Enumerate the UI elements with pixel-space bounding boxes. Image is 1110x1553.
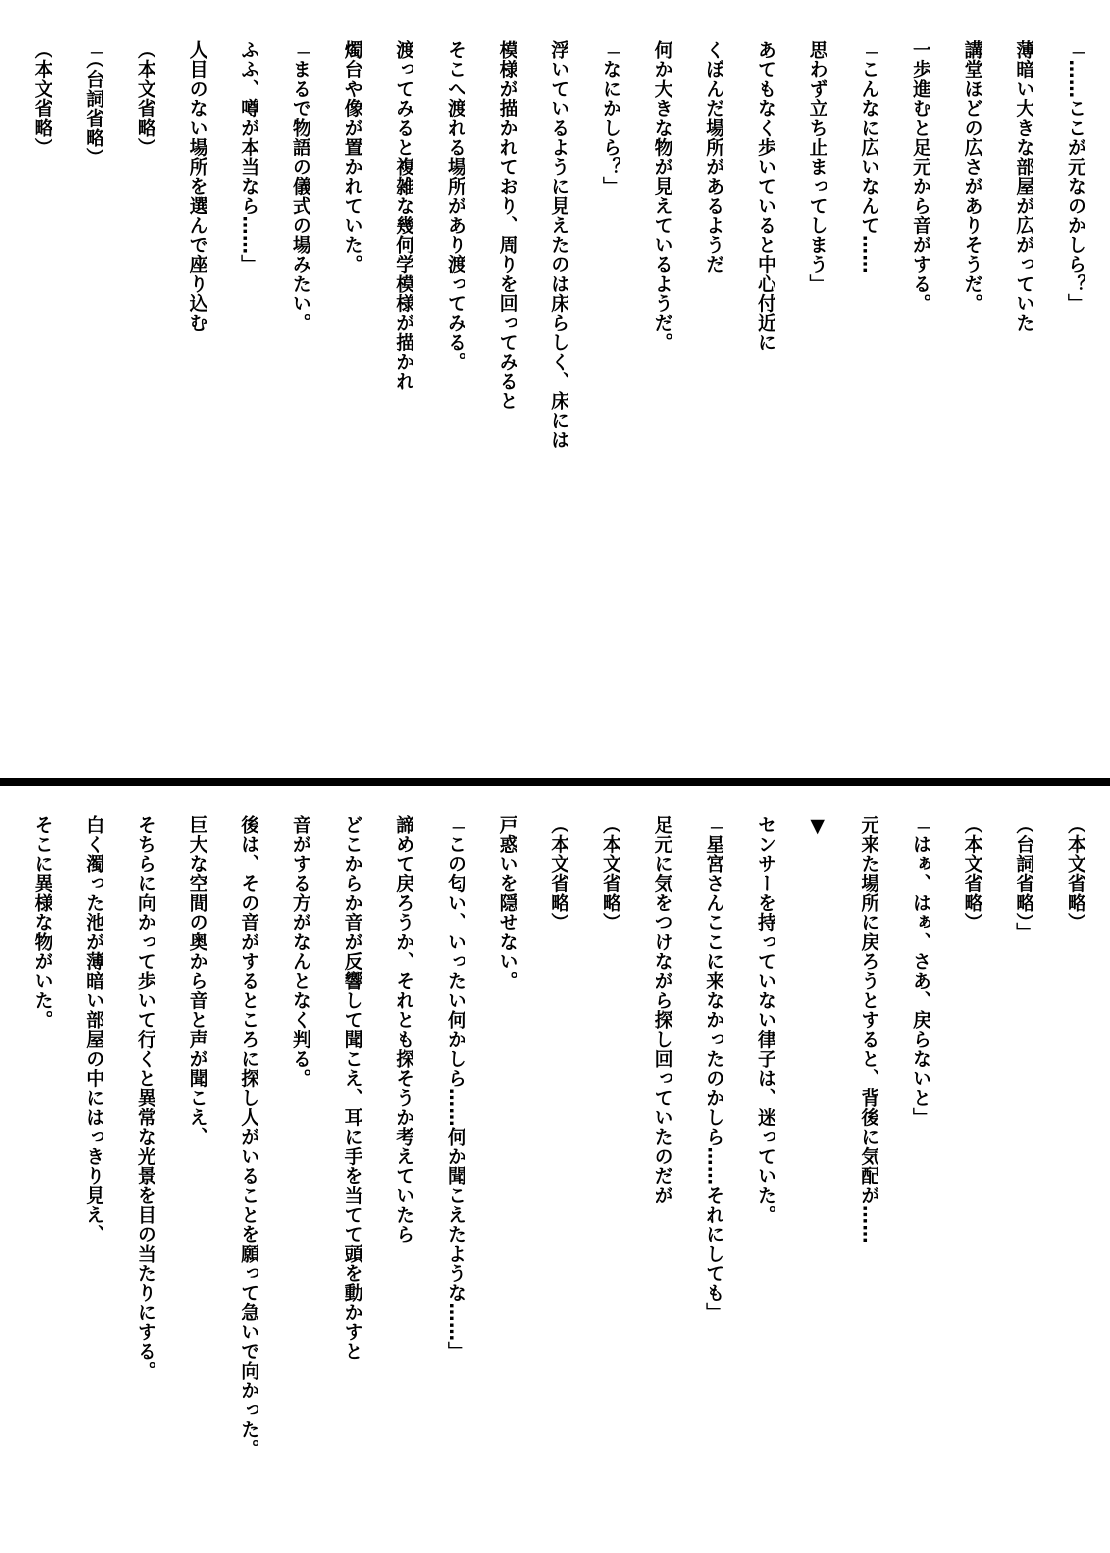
top-text-block: 「……ここが元なのかしら？」薄暗い大きな部屋が広がっていた講堂ほどの広さがありそ… bbox=[0, 40, 1110, 760]
text-column: 思わず立ち止まってしまう」 bbox=[775, 40, 827, 760]
text-column: 一歩進むと足元から音がする。 bbox=[878, 40, 930, 760]
text-column: 「こんなに広いなんて…… bbox=[827, 40, 879, 760]
text-column: 何か大きな物が見えているようだ。 bbox=[620, 40, 672, 760]
text-column: 「この匂い、いったい何かしら……何か聞こえたような……」 bbox=[413, 815, 465, 1535]
text-column: ▼ bbox=[775, 815, 827, 1535]
text-column: 渡ってみると複雑な幾何学模様が描かれ bbox=[362, 40, 414, 760]
text-column: そちらに向かって歩いて行くと異常な光景を目の当たりにする。 bbox=[103, 815, 155, 1535]
text-column: どこからか音が反響して聞こえ、耳に手を当てて頭を動かすと bbox=[310, 815, 362, 1535]
text-column: 音がする方がなんとなく判る。 bbox=[258, 815, 310, 1535]
text-column: 諦めて戻ろうか、それとも探そうか考えていたら bbox=[362, 815, 414, 1535]
text-column: 燭台や像が置かれていた。 bbox=[310, 40, 362, 760]
text-column: （本文省略） bbox=[568, 815, 620, 1535]
text-column: 白く濁った池が薄暗い部屋の中にはっきり見え、 bbox=[52, 815, 104, 1535]
text-column: 「……ここが元なのかしら？」 bbox=[1033, 40, 1085, 760]
text-column: 足元に気をつけながら探し回っていたのだが bbox=[620, 815, 672, 1535]
text-column: あてもなく歩いていると中心付近に bbox=[723, 40, 775, 760]
text-column: 戸惑いを隠せない。 bbox=[465, 815, 517, 1535]
text-column: 「はぁ、はぁ、さあ、戻らないと」 bbox=[878, 815, 930, 1535]
text-column: （本文省略） bbox=[103, 40, 155, 760]
text-column: 「星宮さんここに来なかったのかしら……それにしても」 bbox=[672, 815, 724, 1535]
section-divider bbox=[0, 778, 1110, 786]
text-column: そこに異様な物がいた。 bbox=[0, 815, 52, 1535]
text-column: センサーを持っていない律子は、迷っていた。 bbox=[723, 815, 775, 1535]
text-column: 「まるで物語の儀式の場みたい。 bbox=[258, 40, 310, 760]
text-column: （台詞省略）」 bbox=[982, 815, 1034, 1535]
text-column: 元来た場所に戻ろうとすると、背後に気配が…… bbox=[827, 815, 879, 1535]
text-column: そこへ渡れる場所があり渡ってみる。 bbox=[413, 40, 465, 760]
text-column: （本文省略） bbox=[930, 815, 982, 1535]
text-column: 模様が描かれており、周りを回ってみると bbox=[465, 40, 517, 760]
text-column: 後は、その音がするところに探し人がいることを願って急いで向かった。 bbox=[207, 815, 259, 1535]
text-column: （本文省略） bbox=[0, 40, 52, 760]
text-column: 「なにかしら？」 bbox=[568, 40, 620, 760]
text-column: 「（台詞省略） bbox=[52, 40, 104, 760]
text-column: 講堂ほどの広さがありそうだ。 bbox=[930, 40, 982, 760]
text-column: ふふ、噂が本当なら……」 bbox=[207, 40, 259, 760]
text-column: 薄暗い大きな部屋が広がっていた bbox=[982, 40, 1034, 760]
text-column: 人目のない場所を選んで座り込む bbox=[155, 40, 207, 760]
text-column: 巨大な空間の奥から音と声が聞こえ、 bbox=[155, 815, 207, 1535]
text-column: （本文省略） bbox=[517, 815, 569, 1535]
text-column: くぼんだ場所があるようだ bbox=[672, 40, 724, 760]
text-column: （本文省略） bbox=[1033, 815, 1085, 1535]
bottom-text-block: （本文省略）（台詞省略）」（本文省略）「はぁ、はぁ、さあ、戻らないと」元来た場所… bbox=[0, 815, 1110, 1535]
text-column: 浮いているように見えたのは床らしく、床には bbox=[517, 40, 569, 760]
